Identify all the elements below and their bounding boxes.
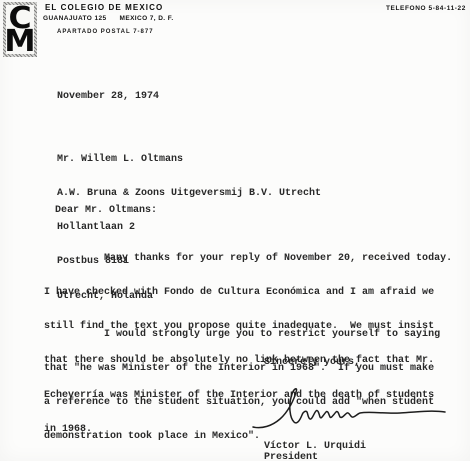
letter-date: November 28, 1974 — [57, 91, 159, 102]
body-line: I would strongly urge you to restrict yo… — [44, 329, 440, 340]
scanned-letter: C M EL COLEGIO DE MEXICO GUANAJUATO 125 … — [0, 0, 470, 461]
closing: Sincerely yours, — [264, 357, 360, 368]
signature-scrawl — [250, 386, 448, 439]
recipient-line: Mr. Willem L. Oltmans — [57, 154, 321, 165]
body-line: that "he was Minister of the Interior in… — [44, 363, 440, 374]
recipient-line: A.W. Bruna & Zoons Uitgeversmij B.V. Utr… — [57, 188, 321, 199]
logo-letter-m: M — [6, 30, 34, 53]
signer-name: Víctor L. Urquidi — [264, 441, 366, 452]
body-line: I have checked with Fondo de Cultura Eco… — [44, 287, 452, 298]
body-line: Many thanks for your reply of November 2… — [44, 253, 452, 264]
salutation: Dear Mr. Oltmans: — [55, 205, 157, 216]
org-name: EL COLEGIO DE MEXICO — [45, 3, 163, 12]
logo-monogram: C M — [6, 5, 34, 54]
org-address-line: GUANAJUATO 125 MEXICO 7, D. F. — [43, 15, 174, 22]
org-po-box: APARTADO POSTAL 7-877 — [57, 29, 154, 35]
colegio-de-mexico-logo: C M — [3, 2, 37, 57]
signer-title: President — [264, 452, 318, 461]
signature-ink — [250, 386, 448, 434]
org-street: GUANAJUATO 125 — [43, 15, 107, 22]
org-city: MEXICO 7, D. F. — [120, 15, 174, 22]
org-phone: TELEFONO 5-84-11-22 — [386, 5, 466, 12]
